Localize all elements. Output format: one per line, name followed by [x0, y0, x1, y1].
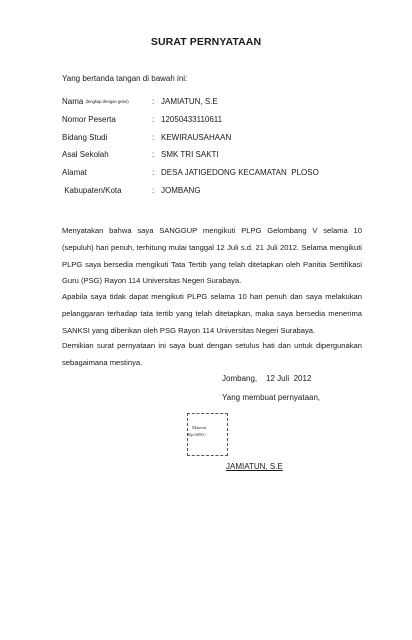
- field-alamat: Alamat:DESA JATIGEDONG KECAMATAN PLOSO: [62, 168, 319, 177]
- signature-role: Yang membuat pernyataan,: [222, 393, 320, 402]
- signature-place-date: Jombang, 12 Juli 2012: [222, 374, 311, 383]
- paragraph-closing: Demikian surat pernyataan ini saya buat …: [62, 338, 362, 372]
- field-value: JAMIATUN, S.E: [161, 97, 218, 106]
- field-colon: :: [152, 186, 161, 195]
- field-colon: :: [152, 133, 161, 142]
- field-value: SMK TRI SAKTI: [161, 150, 219, 159]
- field-colon: :: [152, 168, 161, 177]
- field-label: Asal Sekolah: [62, 150, 152, 159]
- document-title: SURAT PERNYATAAN: [0, 36, 412, 48]
- field-kabupaten-kota: Kabupaten/Kota:JOMBANG: [62, 186, 201, 195]
- intro-text: Yang bertanda tangan di bawah ini:: [62, 74, 187, 83]
- field-value: KEWIRAUSAHAAN: [161, 133, 231, 142]
- document-page: SURAT PERNYATAAN Yang bertanda tangan di…: [0, 0, 412, 640]
- field-colon: :: [152, 150, 161, 159]
- materai-stamp-box: Materai Rp.6000,-: [187, 413, 228, 456]
- field-label: Alamat: [62, 168, 152, 177]
- paragraph-statement: Menyatakan bahwa saya SANGGUP mengikuti …: [62, 223, 362, 290]
- field-label: Nama (lengkap dengan gelar): [62, 97, 152, 106]
- field-bidang-studi: Bidang Studi:KEWIRAUSAHAAN: [62, 133, 231, 142]
- materai-label: Materai: [192, 425, 206, 430]
- field-label: Bidang Studi: [62, 133, 152, 142]
- field-label-text: Nama: [62, 97, 83, 106]
- field-value: JOMBANG: [161, 186, 201, 195]
- field-asal-sekolah: Asal Sekolah:SMK TRI SAKTI: [62, 150, 219, 159]
- signature-name: JAMIATUN, S.E: [226, 462, 283, 471]
- field-value: DESA JATIGEDONG KECAMATAN PLOSO: [161, 168, 319, 177]
- field-colon: :: [152, 97, 161, 106]
- field-nomor-peserta: Nomor Peserta:12050433110611: [62, 115, 222, 124]
- paragraph-sanction: Apabila saya tidak dapat mengikuti PLPG …: [62, 289, 362, 339]
- field-label: Kabupaten/Kota: [62, 186, 152, 195]
- materai-amount: Rp.6000,-: [188, 432, 206, 437]
- field-label-note: (lengkap dengan gelar): [86, 99, 129, 104]
- field-colon: :: [152, 115, 161, 124]
- field-value: 12050433110611: [161, 115, 222, 124]
- field-nama: Nama (lengkap dengan gelar):JAMIATUN, S.…: [62, 97, 218, 106]
- field-label: Nomor Peserta: [62, 115, 152, 124]
